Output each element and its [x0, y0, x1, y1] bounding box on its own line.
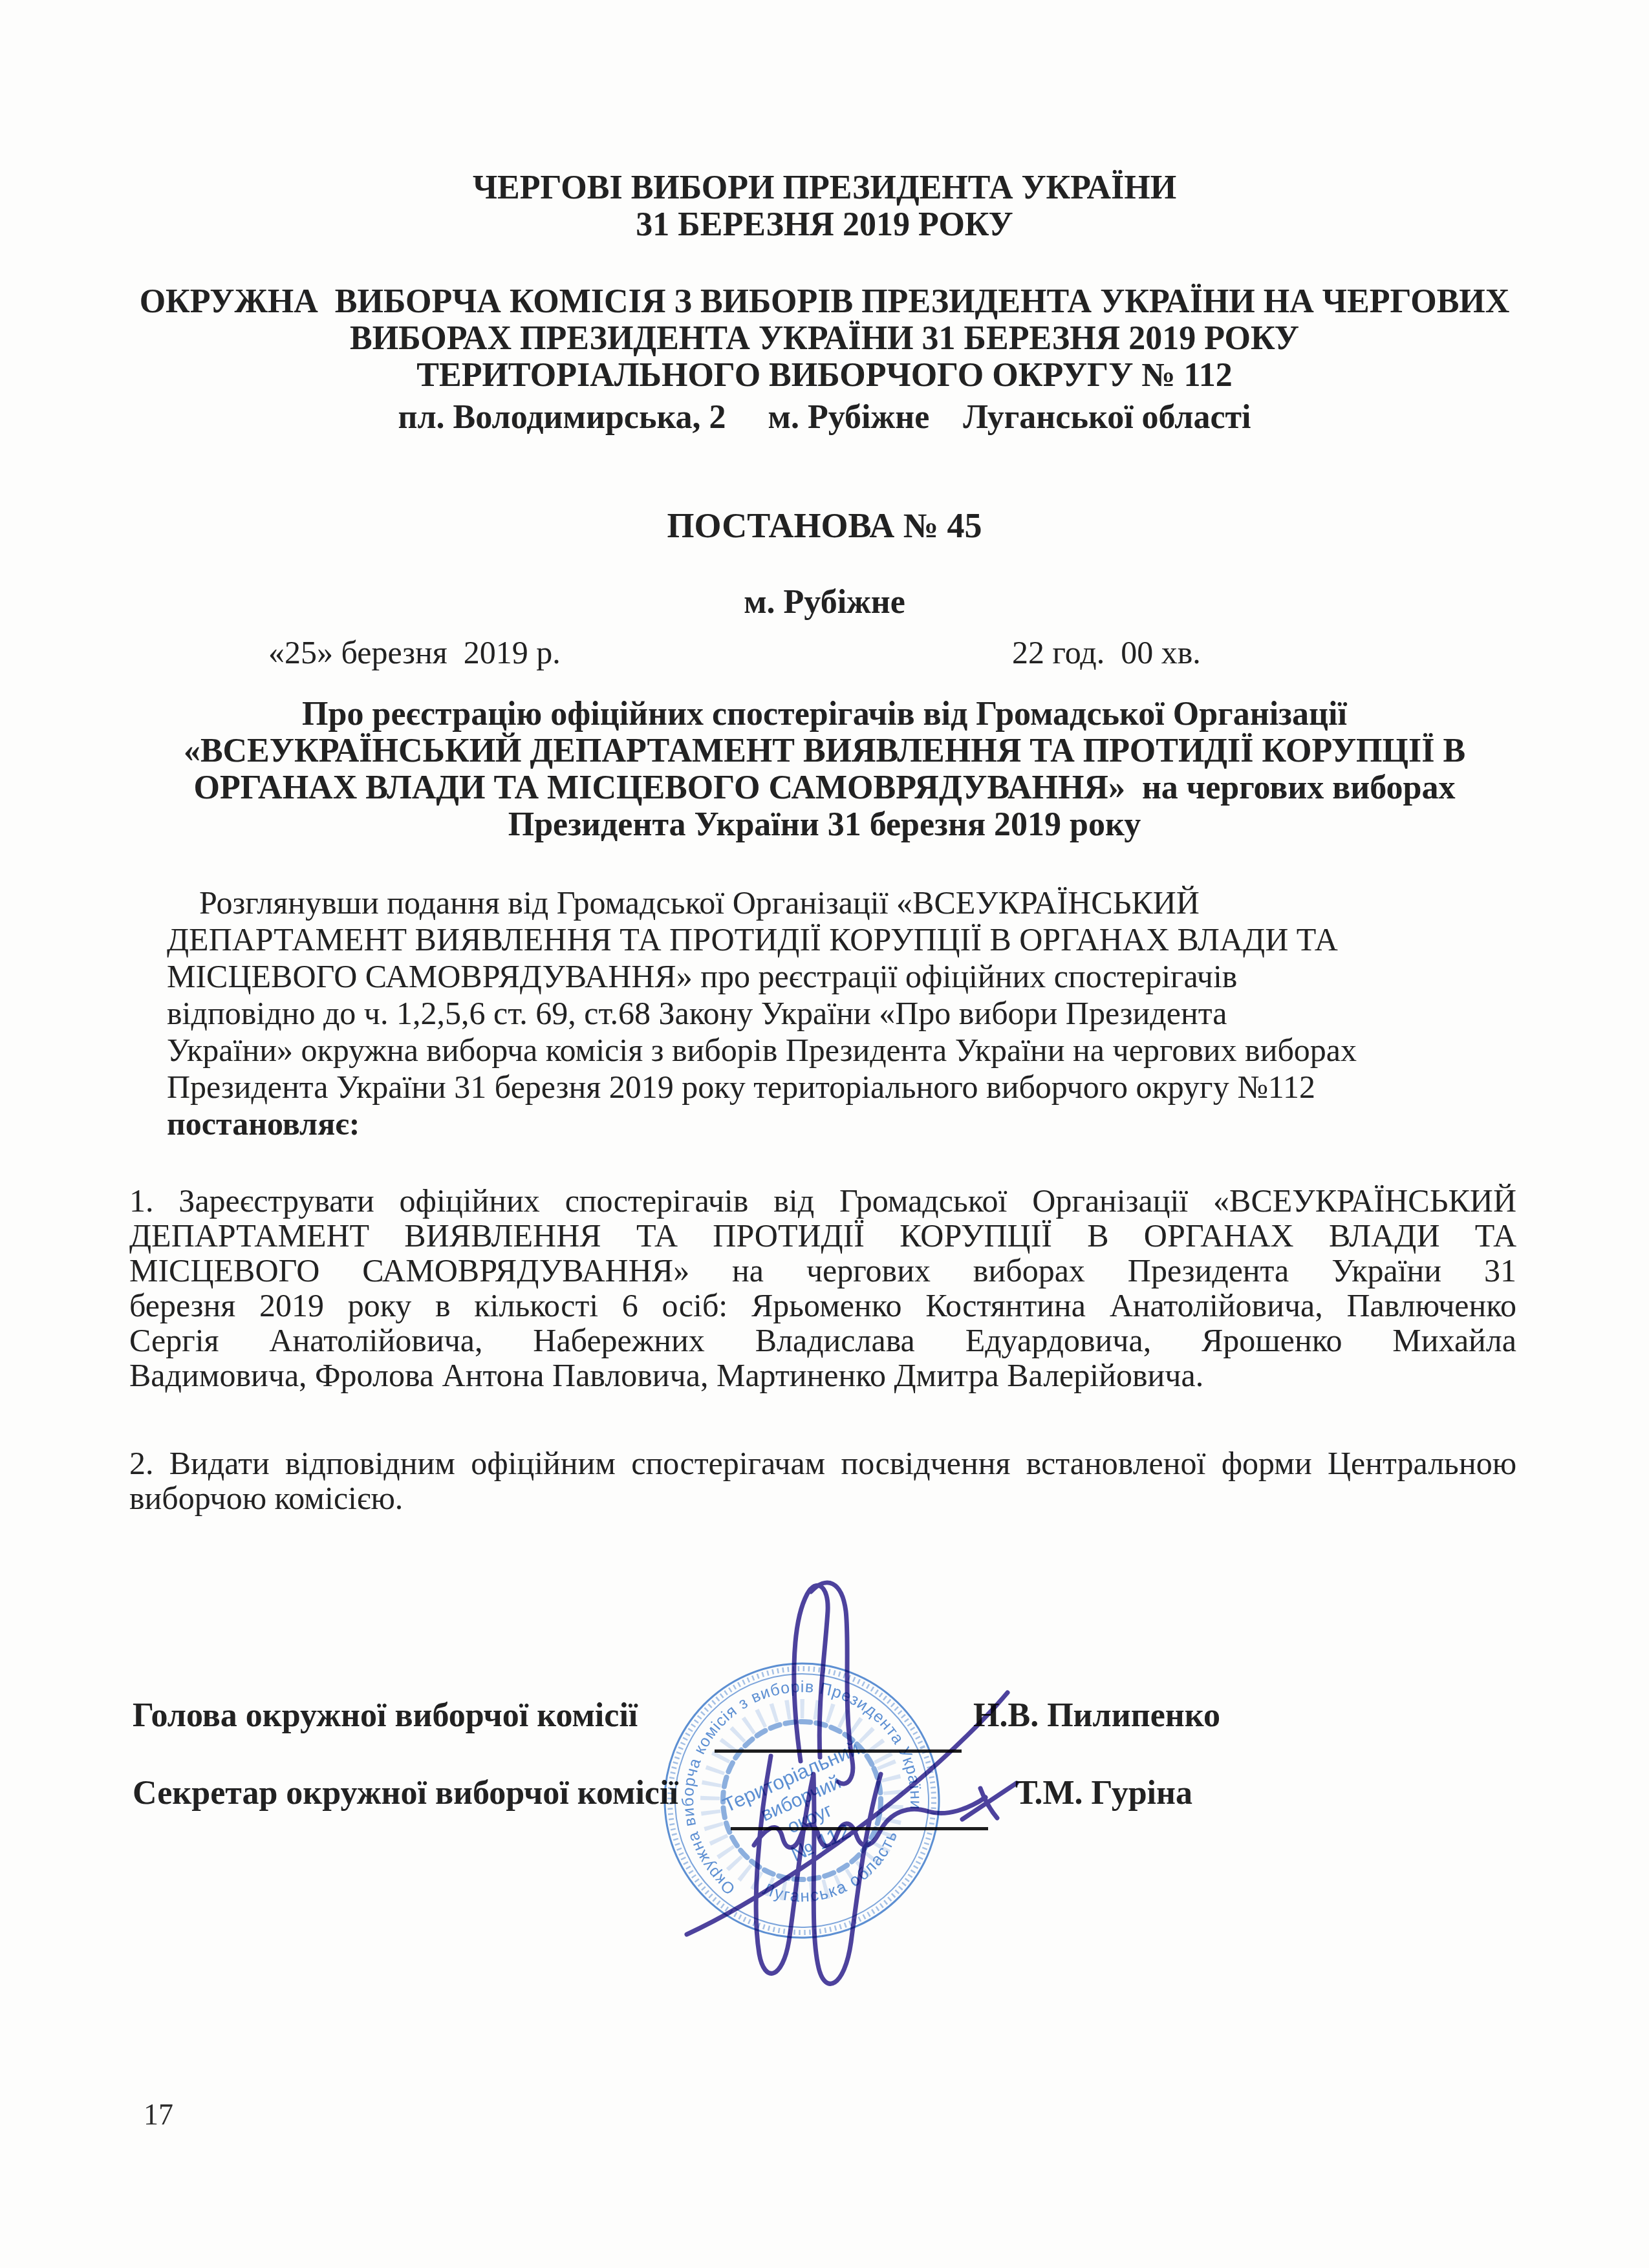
subject-line: «ВСЕУКРАЇНСЬКИЙ ДЕПАРТАМЕНТ ВИЯВЛЕННЯ ТА… [0, 733, 1649, 769]
election-title: ЧЕРГОВІ ВИБОРИ ПРЕЗИДЕНТА УКРАЇНИ 31 БЕР… [0, 169, 1649, 243]
item1-line: березня 2019 року в кількості 6 осіб: Яр… [129, 1288, 1516, 1323]
item2-block: 2. Видати відповідним офіційним спостері… [129, 1446, 1516, 1515]
item2-line: 2. Видати відповідним офіційним спостері… [129, 1446, 1516, 1481]
item1-line: Сергія Анатолійовича, Набережних Владисл… [129, 1323, 1516, 1358]
preamble-line: Президента України 31 березня 2019 року … [167, 1069, 1518, 1106]
preamble-line: Розглянувши подання від Громадської Орга… [167, 884, 1518, 921]
preamble-line: України» окружна виборча комісія з вибор… [167, 1032, 1518, 1069]
preamble-line: відповідно до ч. 1,2,5,6 ст. 69, ст.68 З… [167, 995, 1518, 1032]
scanned-resolution-page: ЧЕРГОВІ ВИБОРИ ПРЕЗИДЕНТА УКРАЇНИ 31 БЕР… [0, 0, 1649, 2268]
item1-line: 1. Зареєструвати офіційних спостерігачів… [129, 1183, 1516, 1218]
item1-line: ДЕПАРТАМЕНТ ВИЯВЛЕННЯ ТА ПРОТИДІЇ КОРУПЦ… [129, 1218, 1516, 1253]
subject-line: Президента України 31 березня 2019 року [0, 806, 1649, 843]
commission-header: ОКРУЖНА ВИБОРЧА КОМІСІЯ З ВИБОРІВ ПРЕЗИД… [0, 283, 1649, 436]
signature-role: Голова окружної виборчої комісії [133, 1698, 638, 1734]
preamble-block: Розглянувши подання від Громадської Орга… [167, 884, 1518, 1142]
subject-block: Про реєстрацію офіційних спостерігачів в… [0, 696, 1649, 843]
address-line: пл. Володимирська, 2 м. Рубіжне Луганськ… [0, 399, 1649, 436]
city-line: м. Рубіжне [0, 584, 1649, 621]
commission-line: ТЕРИТОРІАЛЬНОГО ВИБОРЧОГО ОКРУГУ № 112 [0, 357, 1649, 394]
preamble-line: МІСЦЕВОГО САМОВРЯДУВАННЯ» про реєстрації… [167, 958, 1518, 995]
subject-line: ОРГАНАХ ВЛАДИ ТА МІСЦЕВОГО САМОВРЯДУВАНН… [0, 769, 1649, 806]
election-title-line: ЧЕРГОВІ ВИБОРИ ПРЕЗИДЕНТА УКРАЇНИ [0, 169, 1649, 206]
commission-line: ОКРУЖНА ВИБОРЧА КОМІСІЯ З ВИБОРІВ ПРЕЗИД… [0, 283, 1649, 320]
item1-line: Вадимовича, Фролова Антона Павловича, Ма… [129, 1358, 1516, 1393]
resolution-title: ПОСТАНОВА № 45 [0, 506, 1649, 545]
commission-line: ВИБОРАХ ПРЕЗИДЕНТА УКРАЇНИ 31 БЕРЕЗНЯ 20… [0, 320, 1649, 357]
subject-line: Про реєстрацію офіційних спостерігачів в… [0, 696, 1649, 733]
page-number: 17 [144, 2097, 173, 2132]
item2-line: виборчою комісією. [129, 1481, 1516, 1515]
signature-role: Секретар окружної виборчої комісії [133, 1775, 678, 1812]
preamble-line: ДЕПАРТАМЕНТ ВИЯВЛЕННЯ ТА ПРОТИДІЇ КОРУПЦ… [167, 921, 1518, 958]
ink-signature [647, 1545, 1073, 2017]
resolves-word: постановляє: [167, 1106, 1518, 1142]
date-time-row: «25» березня 2019 р. 22 год. 00 хв. [0, 634, 1649, 672]
resolution-date: «25» березня 2019 р. [268, 634, 561, 671]
item1-block: 1. Зареєструвати офіційних спостерігачів… [129, 1183, 1516, 1393]
election-title-line: 31 БЕРЕЗНЯ 2019 РОКУ [0, 206, 1649, 243]
item1-line: МІСЦЕВОГО САМОВРЯДУВАННЯ» на чергових ви… [129, 1253, 1516, 1288]
resolution-time: 22 год. 00 хв. [1012, 634, 1201, 671]
